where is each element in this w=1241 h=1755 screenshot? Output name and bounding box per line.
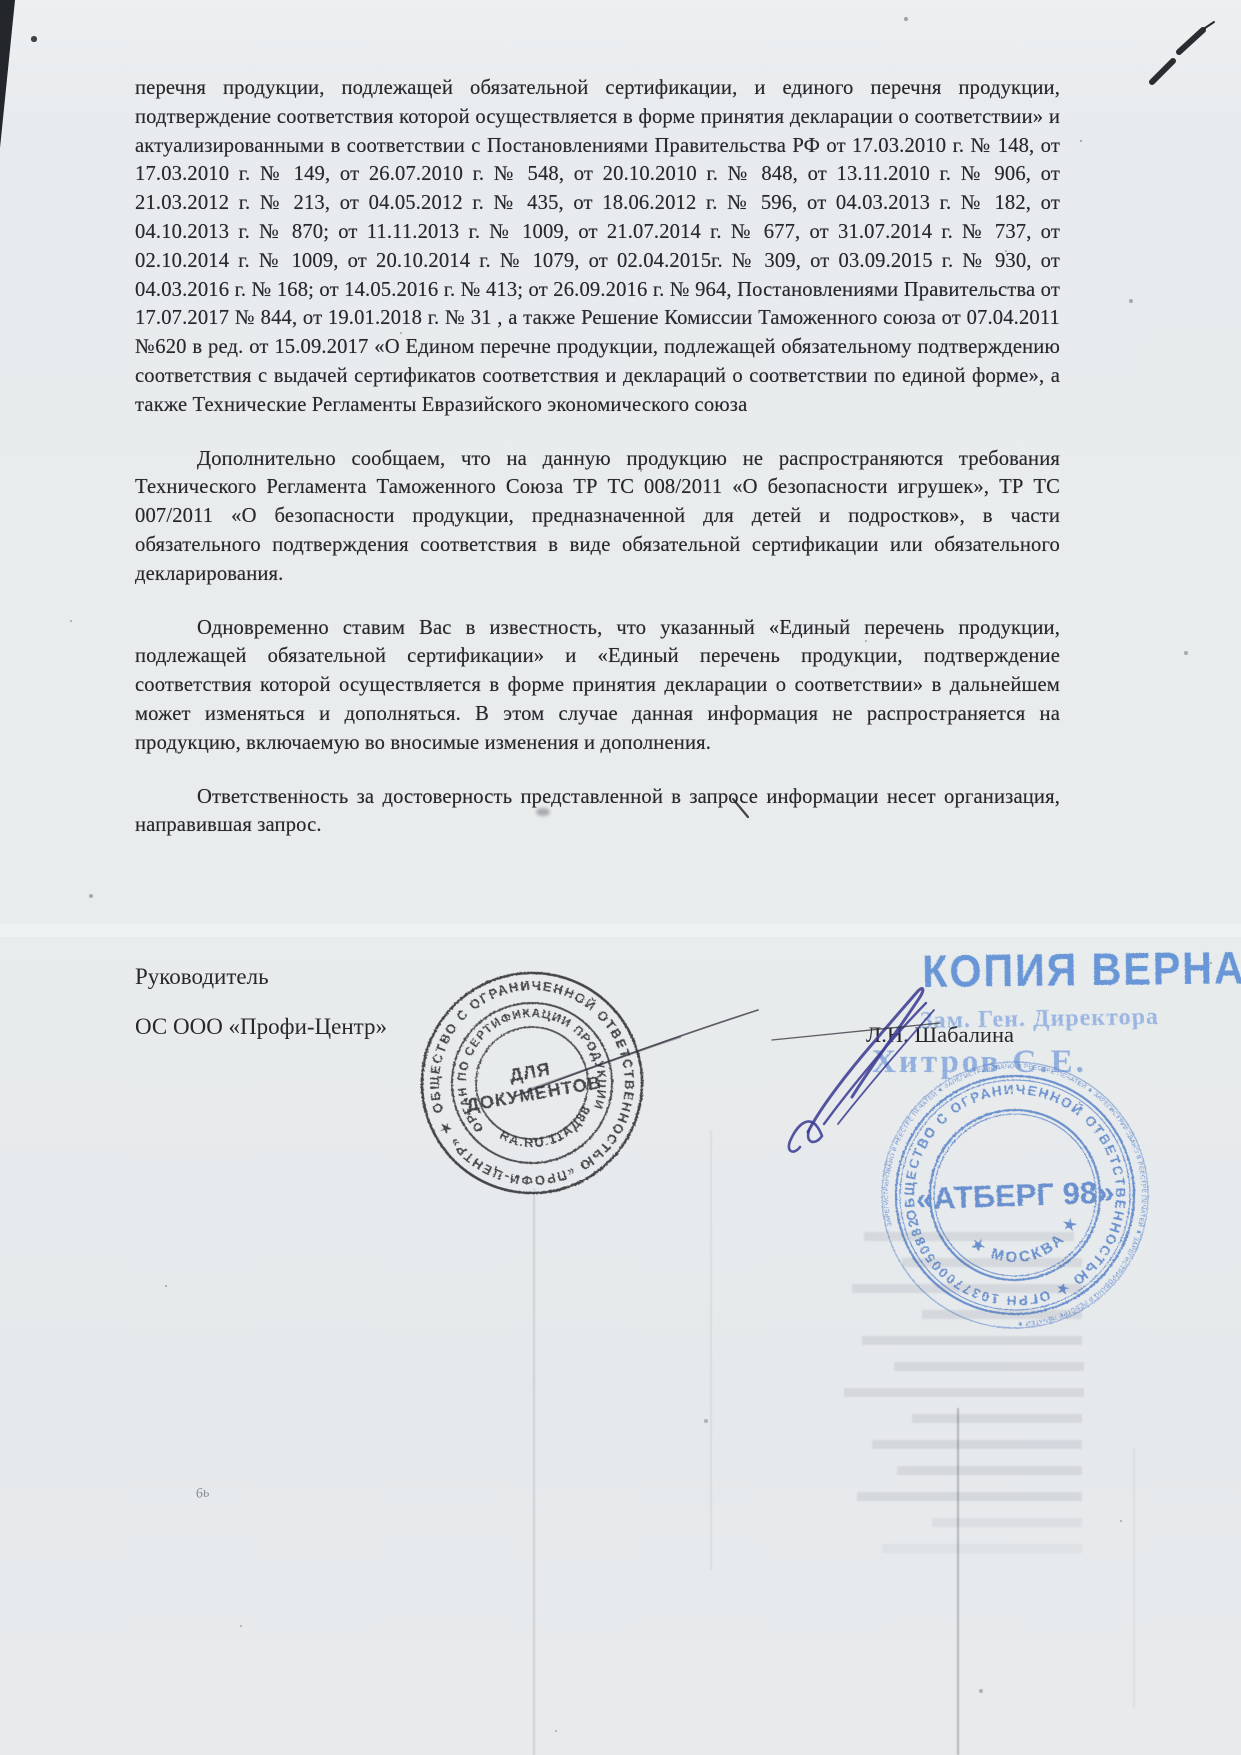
scan-corner-artifact <box>0 0 15 148</box>
signature-role: Руководитель <box>135 964 269 990</box>
fold-crease <box>1133 1448 1135 1708</box>
pencil-margin-mark: 6ь <box>195 1485 210 1503</box>
scanned-letter-page: перечня продукции, подлежащей обязательн… <box>0 0 1241 1755</box>
paragraph-responsibility: Ответственность за достоверность предста… <box>135 783 1060 841</box>
signature-organization: ОС ООО «Профи-Центр» <box>135 1014 387 1040</box>
paragraph-regulations: перечня продукции, подлежащей обязательн… <box>135 74 1060 420</box>
paragraph-notice: Одновременно ставим Вас в известность, ч… <box>135 614 1060 758</box>
letter-body: перечня продукции, подлежащей обязательн… <box>135 74 1060 865</box>
scan-speckles <box>0 0 2 2</box>
fold-crease <box>533 1188 535 1755</box>
pen-mark-top-right <box>1152 22 1214 82</box>
copy-verna-stamp: КОПИЯ ВЕРНА <box>922 942 1241 998</box>
atberg-center-text: «АТБЕРГ 98» <box>915 1175 1115 1217</box>
paragraph-additional-info: Дополнительно сообщаем, что на данную пр… <box>135 445 1060 589</box>
org-stamp-code-text: RA.RU.11АД88 <box>494 1099 601 1163</box>
org-stamp-ring-text: ОБЩЕСТВО С ОГРАНИЧЕННОЙ ОТВЕТСТВЕННОСТЬЮ… <box>400 951 665 1216</box>
org-round-stamp: ОБЩЕСТВО С ОГРАНИЧЕННОЙ ОТВЕТСТВЕННОСТЬЮ… <box>362 913 702 1253</box>
fold-crease <box>710 1130 712 1570</box>
bleedthrough-text-rows <box>842 1232 1100 1570</box>
